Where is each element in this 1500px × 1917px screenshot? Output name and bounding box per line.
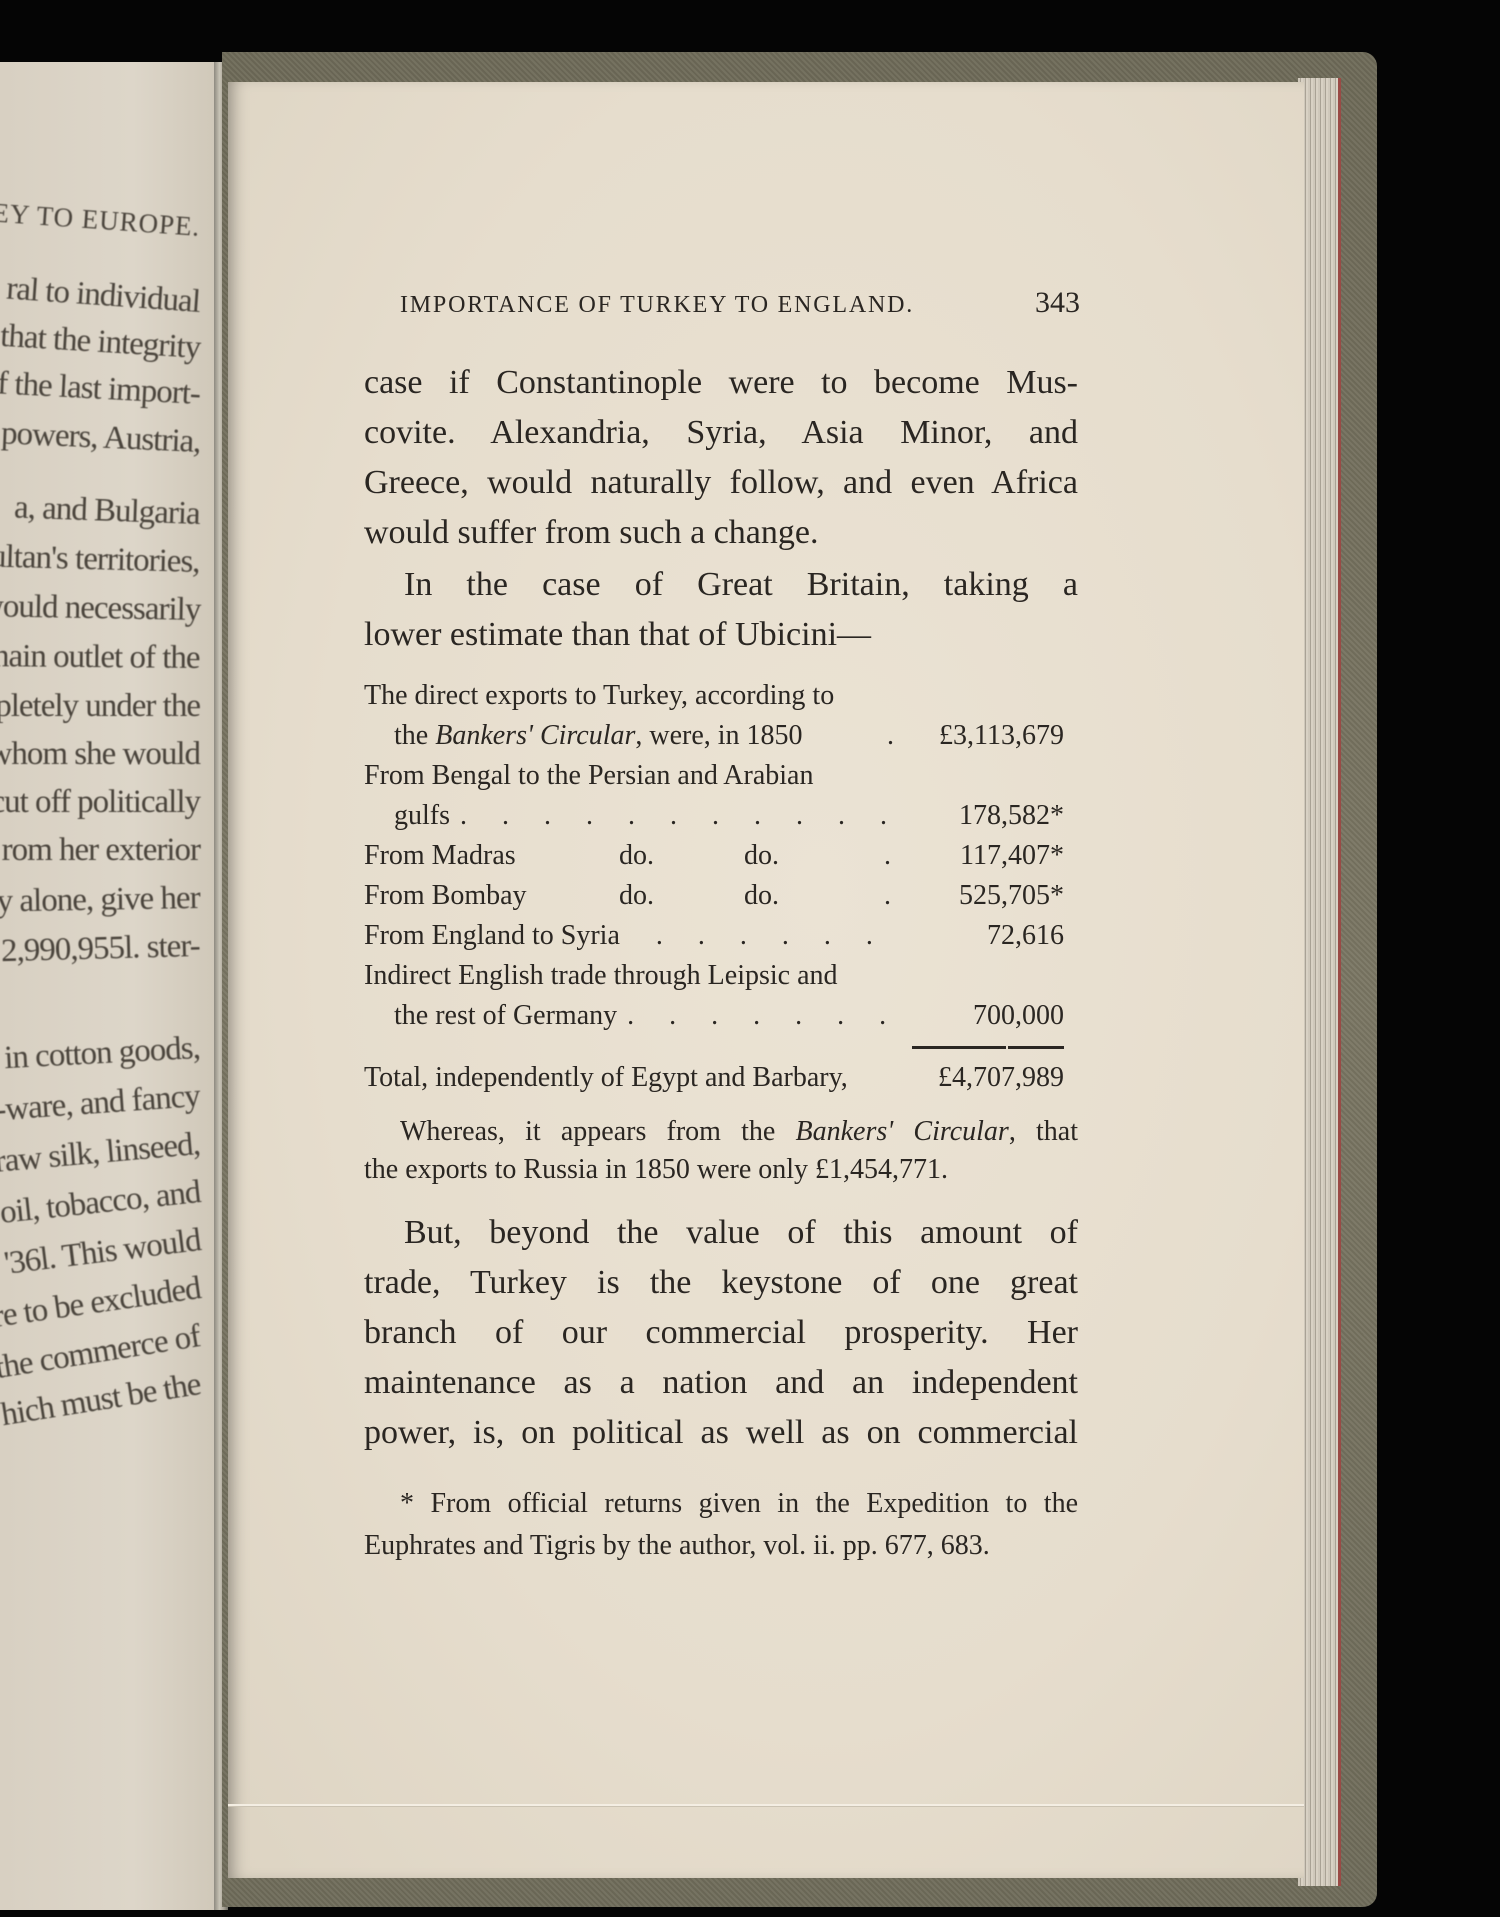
dot-leader: . . . . . . <box>620 916 914 956</box>
footnote-line: * From official returns given in the Exp… <box>364 1484 1078 1524</box>
table-row-label: The direct exports to Turkey, according … <box>364 676 1064 716</box>
total-amount: £4,707,989 <box>914 1058 1064 1098</box>
body-line: lower estimate than that of Ubicini— <box>364 610 1078 660</box>
running-head: IMPORTANCE OF TURKEY TO ENGLAND. 343 <box>400 292 1080 320</box>
body-line: case if Constantinople were to become Mu… <box>364 358 1078 408</box>
facing-line: rom her exterior <box>2 832 200 869</box>
body-line: would suffer from such a change. <box>364 508 1078 558</box>
body-line: branch of our commercial prosperity. Her <box>364 1308 1078 1358</box>
amount: 117,407* <box>914 836 1064 876</box>
amount: 72,616 <box>914 916 1064 956</box>
sum-rule <box>912 1046 1064 1049</box>
facing-line: that the integrity <box>0 318 201 367</box>
page-number: 343 <box>1035 286 1080 320</box>
body-line: Whereas, it appears from the Bankers' Ci… <box>364 1112 1078 1152</box>
facing-line: oil, tobacco, and <box>0 1174 202 1232</box>
facing-line: 2,990,955l. ster- <box>1 928 201 970</box>
facing-line: would necessarily <box>0 588 200 629</box>
table-row: From England to Syria . . . . . . 72,616 <box>364 916 1064 956</box>
body-line: Greece, would naturally follow, and even… <box>364 458 1078 508</box>
amount: 178,582* <box>914 796 1064 836</box>
facing-running-head: EY TO EUROPE. <box>0 198 201 243</box>
facing-line: powers, Austria, <box>0 415 201 461</box>
facing-line: pletely under the <box>0 688 200 725</box>
facing-line: f the last import- <box>0 365 201 413</box>
facing-line: raw silk, linseed, <box>0 1126 202 1181</box>
facing-page: EY TO EUROPE. ral to individual that the… <box>0 62 222 1910</box>
table-total-row: Total, independently of Egypt and Barbar… <box>364 1058 1064 1098</box>
amount: 700,000 <box>914 996 1064 1036</box>
table-row: gulfs . . . . . . . . . . . . 178,582* <box>364 796 1064 836</box>
body-line: But, beyond the value of this amount of <box>364 1208 1078 1258</box>
dot-leader: . . . . . . . . . . . . <box>450 796 914 836</box>
facing-line: nain outlet of the <box>0 638 200 677</box>
table-row-label: Indirect English trade through Leipsic a… <box>364 956 1064 996</box>
body-line: maintenance as a nation and an independe… <box>364 1358 1078 1408</box>
footnote-line: Euphrates and Tigris by the author, vol.… <box>364 1526 1078 1566</box>
facing-line: cut off politically <box>0 784 200 821</box>
facing-line: s-ware, and fancy <box>0 1078 201 1130</box>
body-line: covite. Alexandria, Syria, Asia Minor, a… <box>364 408 1078 458</box>
table-row: the Bankers' Circular, were, in 1850 . £… <box>364 716 1064 756</box>
dot-leader: . . . . . . . <box>617 996 914 1036</box>
amount: 525,705* <box>914 876 1064 916</box>
facing-line: ey alone, give her <box>0 880 200 921</box>
body-line: the exports to Russia in 1850 were only … <box>364 1150 1078 1190</box>
dot-leader: . <box>803 716 914 756</box>
amount: £3,113,679 <box>914 716 1064 756</box>
facing-line: in cotton goods, <box>4 1030 201 1077</box>
page-edges <box>1298 78 1341 1886</box>
table-row: the rest of Germany . . . . . . . 700,00… <box>364 996 1064 1036</box>
facing-line: ral to individual <box>5 271 201 321</box>
body-line: In the case of Great Britain, taking a <box>364 560 1078 610</box>
facing-line: a, and Bulgaria <box>14 490 201 533</box>
table-row: From Bombay do. do. . 525,705* <box>364 876 1064 916</box>
table-row: From Madras do. do. . 117,407* <box>364 836 1064 876</box>
running-head-title: IMPORTANCE OF TURKEY TO ENGLAND. <box>400 292 914 320</box>
facing-line: ultan's territories, <box>0 539 200 581</box>
page-fold <box>228 1804 1304 1806</box>
facing-line: whom she would <box>0 736 200 773</box>
body-line: trade, Turkey is the keystone of one gre… <box>364 1258 1078 1308</box>
body-line: power, is, on political as well as on co… <box>364 1408 1078 1458</box>
table-row-label: From Bengal to the Persian and Arabian <box>364 756 1064 796</box>
book-scan-scene: EY TO EUROPE. ral to individual that the… <box>0 0 1500 1917</box>
